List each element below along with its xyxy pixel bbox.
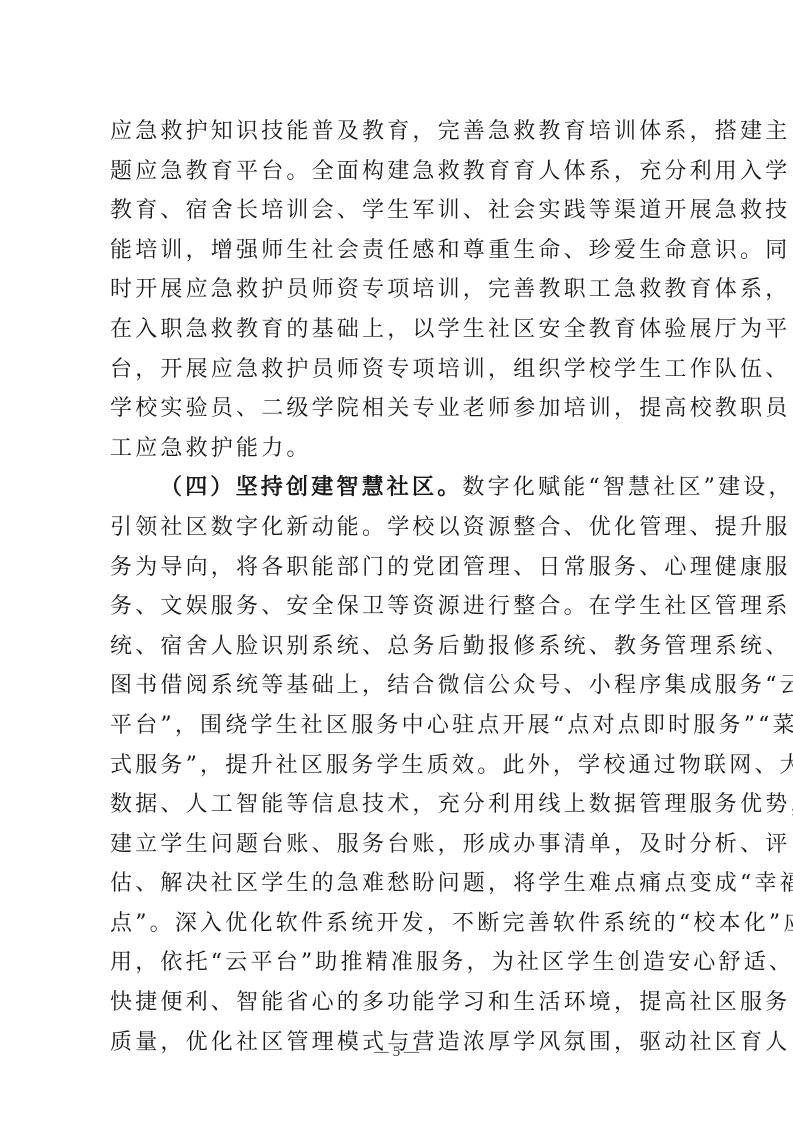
text-line: 引领社区数字化新动能。学校以资源整合、优化管理、提升服	[110, 508, 690, 548]
text-line: 平台”，围绕学生社区服务中心驻点开展“点对点即时服务”“菜单	[110, 706, 690, 746]
paragraph-smart-community: （四）坚持创建智慧社区。数字化赋能“智慧社区”建设， 引领社区数字化新动能。学校…	[110, 468, 690, 1062]
section-heading-line: （四）坚持创建智慧社区。数字化赋能“智慧社区”建设，	[110, 468, 690, 508]
text-line: 用，依托“云平台”助推精准服务，为社区学生创造安心舒适、	[110, 943, 690, 983]
text-line: 建立学生问题台账、服务台账，形成办事清单，及时分析、评	[110, 825, 690, 865]
text-line: 式服务”，提升社区服务学生质效。此外，学校通过物联网、大	[110, 746, 690, 786]
text-line: 数据、人工智能等信息技术，充分利用线上数据管理服务优势，	[110, 785, 690, 825]
text-line: 快捷便利、智能省心的多功能学习和生活环境，提高社区服务	[110, 983, 690, 1023]
text-line: 应急救护知识技能普及教育，完善急救教育培训体系，搭建主	[110, 112, 690, 152]
text-line: 在入职急救教育的基础上，以学生社区安全教育体验展厅为平	[110, 310, 690, 350]
text-line: 教育、宿舍长培训会、学生军训、社会实践等渠道开展急救技	[110, 191, 690, 231]
text-line: 题应急教育平台。全面构建急救教育育人体系，充分利用入学	[110, 152, 690, 192]
section-heading-rest: 数字化赋能“智慧社区”建设，	[462, 475, 793, 500]
text-line: 时开展应急救护员师资专项培训，完善教职工急救教育体系，	[110, 270, 690, 310]
text-line: 能培训，增强师生社会责任感和尊重生命、珍爱生命意识。同	[110, 231, 690, 271]
text-line: 台，开展应急救护员师资专项培训，组织学校学生工作队伍、	[110, 350, 690, 390]
text-line: 点”。深入优化软件系统开发，不断完善软件系统的“校本化”应	[110, 904, 690, 944]
paragraph-emergency-training: 应急救护知识技能普及教育，完善急救教育培训体系，搭建主 题应急教育平台。全面构建…	[110, 112, 690, 468]
section-heading: （四）坚持创建智慧社区。	[160, 474, 462, 500]
document-body: 应急救护知识技能普及教育，完善急救教育培训体系，搭建主 题应急教育平台。全面构建…	[110, 112, 690, 1062]
text-line: 务、文娱服务、安全保卫等资源进行整合。在学生社区管理系	[110, 587, 690, 627]
text-line: 学校实验员、二级学院相关专业老师参加培训，提高校教职员	[110, 389, 690, 429]
text-line: 图书借阅系统等基础上，结合微信公众号、小程序集成服务“云	[110, 666, 690, 706]
text-line: 工应急救护能力。	[110, 429, 690, 469]
page-number: — 5 —	[0, 1044, 793, 1061]
text-line: 估、解决社区学生的急难愁盼问题，将学生难点痛点变成“幸福	[110, 864, 690, 904]
text-line: 务为导向，将各职能部门的党团管理、日常服务、心理健康服	[110, 548, 690, 588]
text-line: 统、宿舍人脸识别系统、总务后勤报修系统、教务管理系统、	[110, 627, 690, 667]
